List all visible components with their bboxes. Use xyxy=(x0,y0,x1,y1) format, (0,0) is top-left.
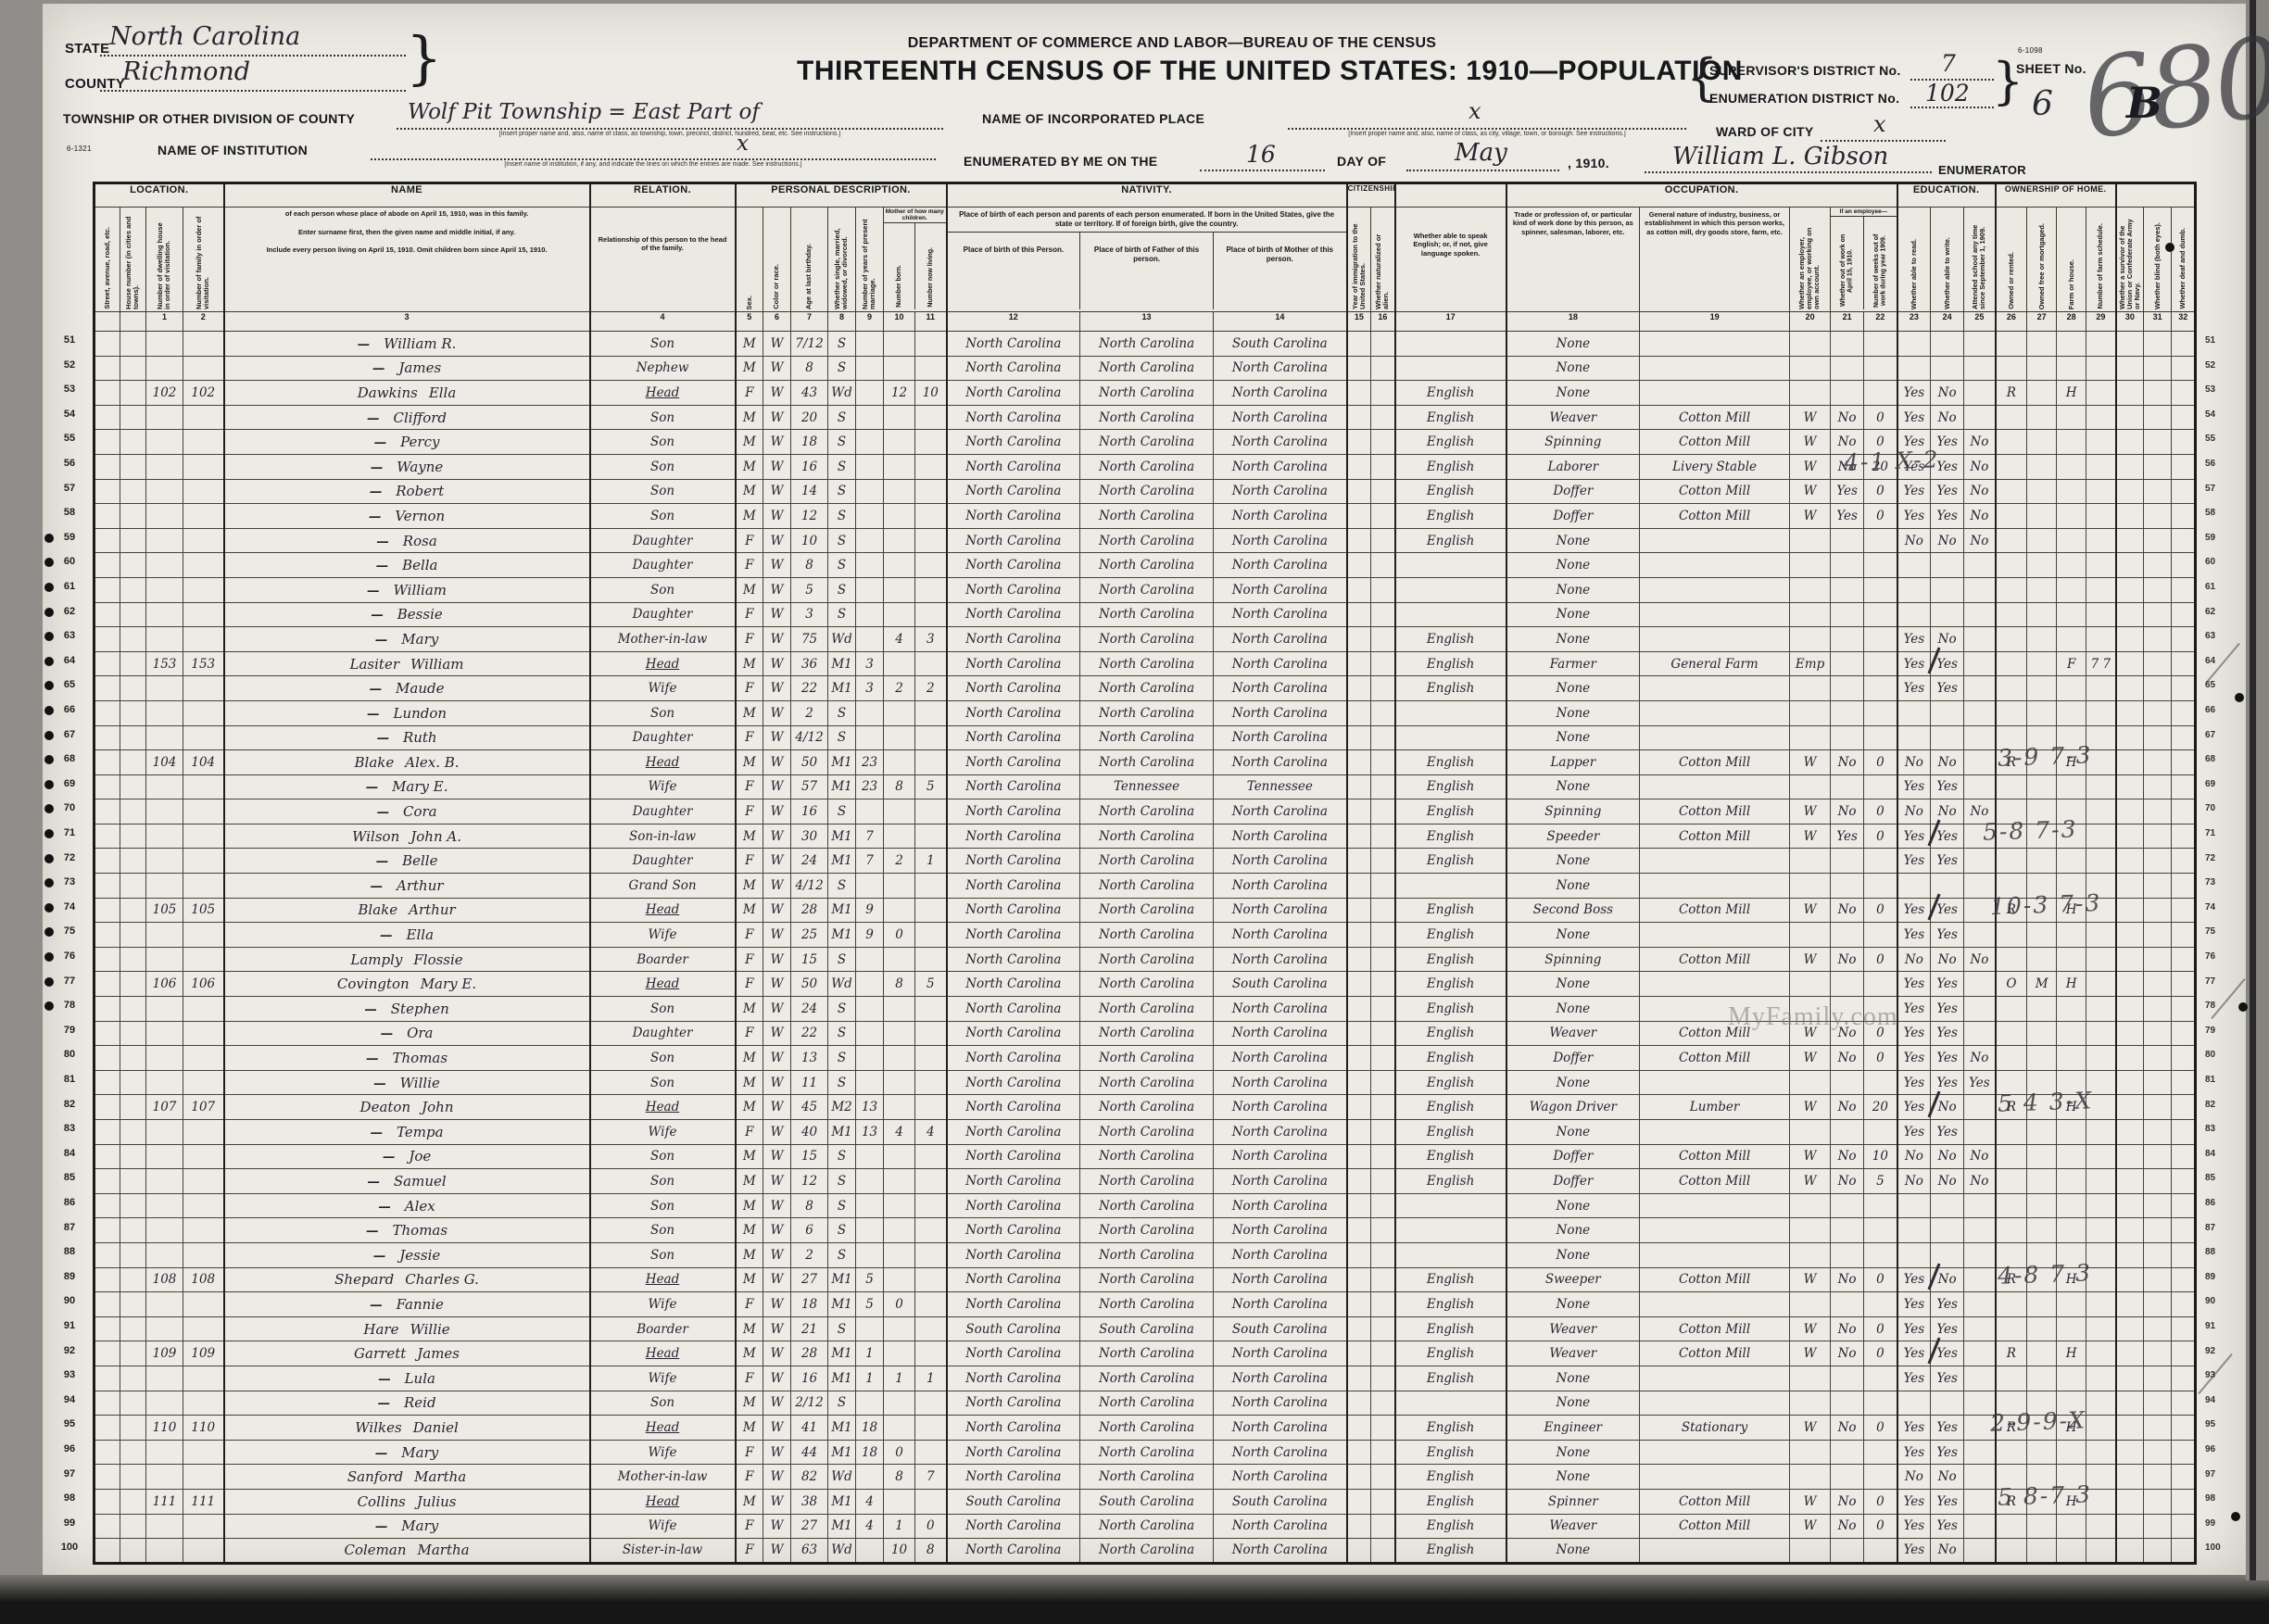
blind xyxy=(2144,332,2172,357)
family-number xyxy=(183,923,224,948)
row-number-left: 100 xyxy=(54,1542,85,1553)
col-mother-label: Mother of how many children. xyxy=(884,208,946,223)
immigration xyxy=(1347,1366,1371,1391)
sex: F xyxy=(736,1366,763,1391)
blind xyxy=(2144,1416,2172,1441)
enumerated-month: May xyxy=(1455,139,1507,167)
employer-class: W xyxy=(1790,947,1831,972)
blind xyxy=(2144,1046,2172,1071)
write: Yes xyxy=(1931,774,1964,799)
mortgage xyxy=(2027,1046,2057,1071)
name-cell: —Tempa xyxy=(224,1120,590,1145)
years-married: 5 xyxy=(856,1292,884,1317)
blind xyxy=(2144,1095,2172,1120)
farm-schedule xyxy=(2086,528,2116,553)
farm-schedule xyxy=(2086,356,2116,381)
color-race: W xyxy=(763,774,791,799)
section-nativity: NATIVITY. xyxy=(947,183,1347,208)
marital: M1 xyxy=(828,923,856,948)
age: 44 xyxy=(791,1440,828,1465)
pob-father: North Carolina xyxy=(1080,799,1214,825)
sex: M xyxy=(736,1416,763,1441)
naturalized xyxy=(1371,1391,1395,1416)
english: English xyxy=(1395,774,1506,799)
write: Yes xyxy=(1931,1440,1964,1465)
blind xyxy=(2144,997,2172,1022)
employer-class: W xyxy=(1790,1416,1831,1441)
children-living xyxy=(915,824,947,849)
color-race: W xyxy=(763,1070,791,1095)
street xyxy=(95,676,120,701)
mortgage xyxy=(2027,1316,2057,1341)
owned-rented xyxy=(1996,947,2027,972)
write: Yes xyxy=(1931,1070,1964,1095)
naturalized xyxy=(1371,874,1395,899)
deaf xyxy=(2172,332,2196,357)
row-number-right: 90 xyxy=(2198,1296,2237,1306)
census-row: 106106CovingtonMary E.HeadFW50Wd85North … xyxy=(95,972,2196,997)
write xyxy=(1931,1242,1964,1267)
sex: M xyxy=(736,1046,763,1071)
col-children-living: Number now living. xyxy=(927,247,934,308)
children-born: 10 xyxy=(884,1539,915,1564)
col-marital: Whether single, married, widowed, or div… xyxy=(834,215,849,309)
pob-father: Tennessee xyxy=(1080,774,1214,799)
sheet-letter: B xyxy=(2126,78,2162,128)
trade: None xyxy=(1506,627,1640,652)
weeks-out xyxy=(1864,602,1897,627)
veteran xyxy=(2116,1046,2144,1071)
write: No xyxy=(1931,1539,1964,1564)
age: 21 xyxy=(791,1316,828,1341)
name-cell: WilkesDaniel xyxy=(224,1416,590,1441)
col-street: Street, avenue, road, etc. xyxy=(104,227,111,309)
marital: M1 xyxy=(828,774,856,799)
children-living: 1 xyxy=(915,849,947,874)
english xyxy=(1395,577,1506,602)
sex: F xyxy=(736,923,763,948)
relation-cell: Head xyxy=(590,1416,736,1441)
read: Yes xyxy=(1897,1514,1931,1539)
column-number: 31 xyxy=(2144,312,2172,332)
write xyxy=(1931,725,1964,750)
deaf xyxy=(2172,1144,2196,1169)
census-row: —EllaWifeFW25M190North CarolinaNorth Car… xyxy=(95,923,2196,948)
column-number xyxy=(95,312,120,332)
children-living xyxy=(915,1489,947,1514)
row-number-left: 87 xyxy=(54,1222,85,1233)
farm-schedule xyxy=(2086,676,2116,701)
mortgage xyxy=(2027,997,2057,1022)
pencil-annotation: 5 4 3-X xyxy=(1998,1087,2094,1117)
supervisor-district-label: SUPERVISOR'S DISTRICT No. xyxy=(1709,63,1901,78)
row-number-left: 70 xyxy=(54,802,85,813)
pob-father: North Carolina xyxy=(1080,849,1214,874)
name-note-1: of each person whose place of abode on A… xyxy=(234,209,580,219)
english: English xyxy=(1395,1021,1506,1046)
pob-mother: North Carolina xyxy=(1214,799,1347,825)
name-cell: —Fannie xyxy=(224,1292,590,1317)
sex: M xyxy=(736,1218,763,1243)
age: 16 xyxy=(791,1366,828,1391)
school xyxy=(1964,972,1996,997)
pob: North Carolina xyxy=(947,1267,1080,1292)
street xyxy=(95,874,120,899)
relation-cell: Son xyxy=(590,332,736,357)
naturalized xyxy=(1371,1095,1395,1120)
farm-house xyxy=(2057,454,2086,479)
years-married xyxy=(856,504,884,529)
blind xyxy=(2144,504,2172,529)
day-rule xyxy=(1200,169,1325,171)
relation-cell: Daughter xyxy=(590,725,736,750)
pob-mother: South Carolina xyxy=(1214,1489,1347,1514)
pob-father: North Carolina xyxy=(1080,1021,1214,1046)
row-number-right: 98 xyxy=(2198,1493,2237,1504)
pob-mother: South Carolina xyxy=(1214,332,1347,357)
veteran xyxy=(2116,1440,2144,1465)
immigration xyxy=(1347,1440,1371,1465)
naturalized xyxy=(1371,774,1395,799)
row-number-left: 97 xyxy=(54,1468,85,1479)
age: 12 xyxy=(791,1169,828,1194)
row-number-left: 60 xyxy=(54,556,85,567)
deaf xyxy=(2172,824,2196,849)
family-number xyxy=(183,1514,224,1539)
name-cell: —Alex xyxy=(224,1193,590,1218)
row-number-left: 92 xyxy=(54,1345,85,1356)
years-married: 4 xyxy=(856,1514,884,1539)
english: English xyxy=(1395,997,1506,1022)
pob-father: North Carolina xyxy=(1080,750,1214,775)
employer-class: W xyxy=(1790,1169,1831,1194)
pob-mother: North Carolina xyxy=(1214,1514,1347,1539)
color-race: W xyxy=(763,430,791,455)
children-born: 0 xyxy=(884,1440,915,1465)
dwelling-number xyxy=(146,1539,183,1564)
color-race: W xyxy=(763,947,791,972)
read: Yes xyxy=(1897,1267,1931,1292)
name-cell: BlakeAlex. B. xyxy=(224,750,590,775)
color-race: W xyxy=(763,1144,791,1169)
dwelling-number xyxy=(146,923,183,948)
house xyxy=(120,725,146,750)
relation-cell: Son xyxy=(590,1391,736,1416)
marital: S xyxy=(828,799,856,825)
farm-house xyxy=(2057,1539,2086,1564)
relation-cell: Head xyxy=(590,651,736,676)
read: Yes xyxy=(1897,651,1931,676)
relation-cell: Wife xyxy=(590,1514,736,1539)
deaf xyxy=(2172,1391,2196,1416)
township-label: TOWNSHIP OR OTHER DIVISION OF COUNTY xyxy=(63,111,355,126)
children-living xyxy=(915,504,947,529)
age: 3 xyxy=(791,602,828,627)
family-number xyxy=(183,1169,224,1194)
col-deaf: Whether deaf and dumb. xyxy=(2179,228,2187,309)
weeks-out: 0 xyxy=(1864,1341,1897,1366)
township-value: Wolf Pit Township = East Part of xyxy=(408,100,760,124)
name-cell: LamplyFlossie xyxy=(224,947,590,972)
english: English xyxy=(1395,430,1506,455)
age: 36 xyxy=(791,651,828,676)
dwelling-number xyxy=(146,1218,183,1243)
children-born xyxy=(884,479,915,504)
pob-mother: North Carolina xyxy=(1214,553,1347,578)
name-cell: WilsonJohn A. xyxy=(224,824,590,849)
row-number-right: 86 xyxy=(2198,1198,2237,1208)
immigration xyxy=(1347,651,1371,676)
veteran xyxy=(2116,332,2144,357)
column-number: 25 xyxy=(1964,312,1996,332)
weeks-out: 0 xyxy=(1864,1316,1897,1341)
employer-class: W xyxy=(1790,824,1831,849)
row-number-left: 56 xyxy=(54,458,85,469)
census-row: —VernonSonMW12SNorth CarolinaNorth Carol… xyxy=(95,504,2196,529)
age: 45 xyxy=(791,1095,828,1120)
house xyxy=(120,1539,146,1564)
owned-rented xyxy=(1996,430,2027,455)
pob-mother: North Carolina xyxy=(1214,898,1347,923)
pob: North Carolina xyxy=(947,799,1080,825)
employer-class: W xyxy=(1790,898,1831,923)
children-born xyxy=(884,528,915,553)
read: Yes xyxy=(1897,824,1931,849)
color-race: W xyxy=(763,553,791,578)
read: Yes xyxy=(1897,774,1931,799)
family-number xyxy=(183,1242,224,1267)
mortgage xyxy=(2027,947,2057,972)
write: Yes xyxy=(1931,479,1964,504)
naturalized xyxy=(1371,799,1395,825)
read xyxy=(1897,1218,1931,1243)
column-number: 23 xyxy=(1897,312,1931,332)
col-farm-house: Farm or house. xyxy=(2068,259,2075,309)
employer-class xyxy=(1790,332,1831,357)
naturalized xyxy=(1371,454,1395,479)
age: 4/12 xyxy=(791,874,828,899)
family-number xyxy=(183,799,224,825)
street xyxy=(95,997,120,1022)
col-industry: General nature of industry, business, or… xyxy=(1640,208,1789,239)
children-living xyxy=(915,430,947,455)
family-number xyxy=(183,553,224,578)
pob-father: North Carolina xyxy=(1080,1539,1214,1564)
name-cell: —Ella xyxy=(224,923,590,948)
industry xyxy=(1640,1193,1790,1218)
years-married xyxy=(856,1193,884,1218)
farm-schedule xyxy=(2086,602,2116,627)
read: Yes xyxy=(1897,1366,1931,1391)
read: Yes xyxy=(1897,504,1931,529)
pob-father: North Carolina xyxy=(1080,1070,1214,1095)
naturalized xyxy=(1371,1120,1395,1145)
english: English xyxy=(1395,947,1506,972)
farm-house: F xyxy=(2057,651,2086,676)
row-number-left: 51 xyxy=(54,334,85,346)
deaf xyxy=(2172,1292,2196,1317)
mortgage xyxy=(2027,405,2057,430)
immigration xyxy=(1347,1144,1371,1169)
column-number: 12 xyxy=(947,312,1080,332)
years-married xyxy=(856,1218,884,1243)
color-race: W xyxy=(763,405,791,430)
industry: General Farm xyxy=(1640,651,1790,676)
weeks-out: 0 xyxy=(1864,405,1897,430)
pob-mother: North Carolina xyxy=(1214,1242,1347,1267)
street xyxy=(95,430,120,455)
relation-cell: Son xyxy=(590,700,736,725)
row-number-left: 83 xyxy=(54,1123,85,1134)
deaf xyxy=(2172,627,2196,652)
naturalized xyxy=(1371,504,1395,529)
column-number: 18 xyxy=(1506,312,1640,332)
farm-schedule xyxy=(2086,1416,2116,1441)
marital: S xyxy=(828,1316,856,1341)
family-number xyxy=(183,1539,224,1564)
row-number-left: 62 xyxy=(54,606,85,617)
dwelling-number xyxy=(146,676,183,701)
row-number-right: 74 xyxy=(2198,902,2237,913)
employer-class: W xyxy=(1790,479,1831,504)
read: Yes xyxy=(1897,1440,1931,1465)
census-row: —CliffordSonMW20SNorth CarolinaNorth Car… xyxy=(95,405,2196,430)
col-out-of-work: Whether out of work on April 15, 1910. xyxy=(1840,233,1854,308)
owned-rented xyxy=(1996,356,2027,381)
relation-cell: Head xyxy=(590,1267,736,1292)
trade: Doffer xyxy=(1506,1169,1640,1194)
blind xyxy=(2144,430,2172,455)
color-race: W xyxy=(763,849,791,874)
row-number-right: 87 xyxy=(2198,1223,2237,1233)
color-race: W xyxy=(763,972,791,997)
industry: Stationary xyxy=(1640,1416,1790,1441)
row-number-right: 61 xyxy=(2198,582,2237,592)
house xyxy=(120,824,146,849)
veteran xyxy=(2116,1292,2144,1317)
owned-rented xyxy=(1996,405,2027,430)
school xyxy=(1964,627,1996,652)
read xyxy=(1897,700,1931,725)
street xyxy=(95,824,120,849)
children-born xyxy=(884,947,915,972)
farm-schedule xyxy=(2086,1292,2116,1317)
name-cell: CollinsJulius xyxy=(224,1489,590,1514)
color-race: W xyxy=(763,1120,791,1145)
employer-class xyxy=(1790,923,1831,948)
trade: None xyxy=(1506,923,1640,948)
column-number: 3 xyxy=(224,312,590,332)
english: English xyxy=(1395,923,1506,948)
street xyxy=(95,454,120,479)
children-born xyxy=(884,1489,915,1514)
year-label: , 1910. xyxy=(1568,156,1609,170)
weeks-out xyxy=(1864,972,1897,997)
children-living xyxy=(915,1169,947,1194)
sex: M xyxy=(736,700,763,725)
pob: North Carolina xyxy=(947,1070,1080,1095)
row-number-left: 69 xyxy=(54,778,85,789)
owned-rented xyxy=(1996,1316,2027,1341)
read: No xyxy=(1897,528,1931,553)
veteran xyxy=(2116,528,2144,553)
naturalized xyxy=(1371,947,1395,972)
col-age: Age at last birthday. xyxy=(805,244,813,309)
veteran xyxy=(2116,997,2144,1022)
hole-punch-dot xyxy=(44,657,54,666)
school xyxy=(1964,923,1996,948)
age: 24 xyxy=(791,997,828,1022)
deaf xyxy=(2172,1267,2196,1292)
industry xyxy=(1640,1391,1790,1416)
trade: Doffer xyxy=(1506,1046,1640,1071)
name-cell: —Stephen xyxy=(224,997,590,1022)
mortgage xyxy=(2027,332,2057,357)
census-row: —BessieDaughterFW3SNorth CarolinaNorth C… xyxy=(95,602,2196,627)
years-married xyxy=(856,577,884,602)
sex: F xyxy=(736,528,763,553)
sex: M xyxy=(736,1070,763,1095)
out-of-work: No xyxy=(1831,1416,1864,1441)
hole-punch-dot xyxy=(44,706,54,715)
name-cell: —Reid xyxy=(224,1391,590,1416)
deaf xyxy=(2172,504,2196,529)
street xyxy=(95,1169,120,1194)
dwelling-number xyxy=(146,997,183,1022)
children-living xyxy=(915,1242,947,1267)
children-born xyxy=(884,1095,915,1120)
write: Yes xyxy=(1931,972,1964,997)
color-race: W xyxy=(763,1391,791,1416)
veteran xyxy=(2116,799,2144,825)
naturalized xyxy=(1371,1070,1395,1095)
children-living xyxy=(915,750,947,775)
family-number xyxy=(183,627,224,652)
deaf xyxy=(2172,1242,2196,1267)
mortgage xyxy=(2027,1021,2057,1046)
english: English xyxy=(1395,1095,1506,1120)
english xyxy=(1395,602,1506,627)
children-living xyxy=(915,898,947,923)
row-number-right: 85 xyxy=(2198,1173,2237,1183)
dwelling-number: 104 xyxy=(146,750,183,775)
pob-mother: North Carolina xyxy=(1214,1440,1347,1465)
weeks-out xyxy=(1864,1218,1897,1243)
street xyxy=(95,651,120,676)
owned-rented: R xyxy=(1996,1341,2027,1366)
house xyxy=(120,1120,146,1145)
veteran xyxy=(2116,1391,2144,1416)
relation-cell: Daughter xyxy=(590,553,736,578)
weeks-out xyxy=(1864,553,1897,578)
naturalized xyxy=(1371,923,1395,948)
row-number-left: 77 xyxy=(54,976,85,987)
children-living xyxy=(915,553,947,578)
school: No xyxy=(1964,430,1996,455)
farm-house xyxy=(2057,332,2086,357)
pob-mother: North Carolina xyxy=(1214,1267,1347,1292)
write xyxy=(1931,577,1964,602)
dwelling-number: 109 xyxy=(146,1341,183,1366)
deaf xyxy=(2172,874,2196,899)
blind xyxy=(2144,1144,2172,1169)
naturalized xyxy=(1371,898,1395,923)
out-of-work: No xyxy=(1831,1144,1864,1169)
name-cell: —James xyxy=(224,356,590,381)
pob-mother: North Carolina xyxy=(1214,1391,1347,1416)
col-dwelling-number: Number of dwelling house in order of vis… xyxy=(157,215,171,309)
read xyxy=(1897,1242,1931,1267)
